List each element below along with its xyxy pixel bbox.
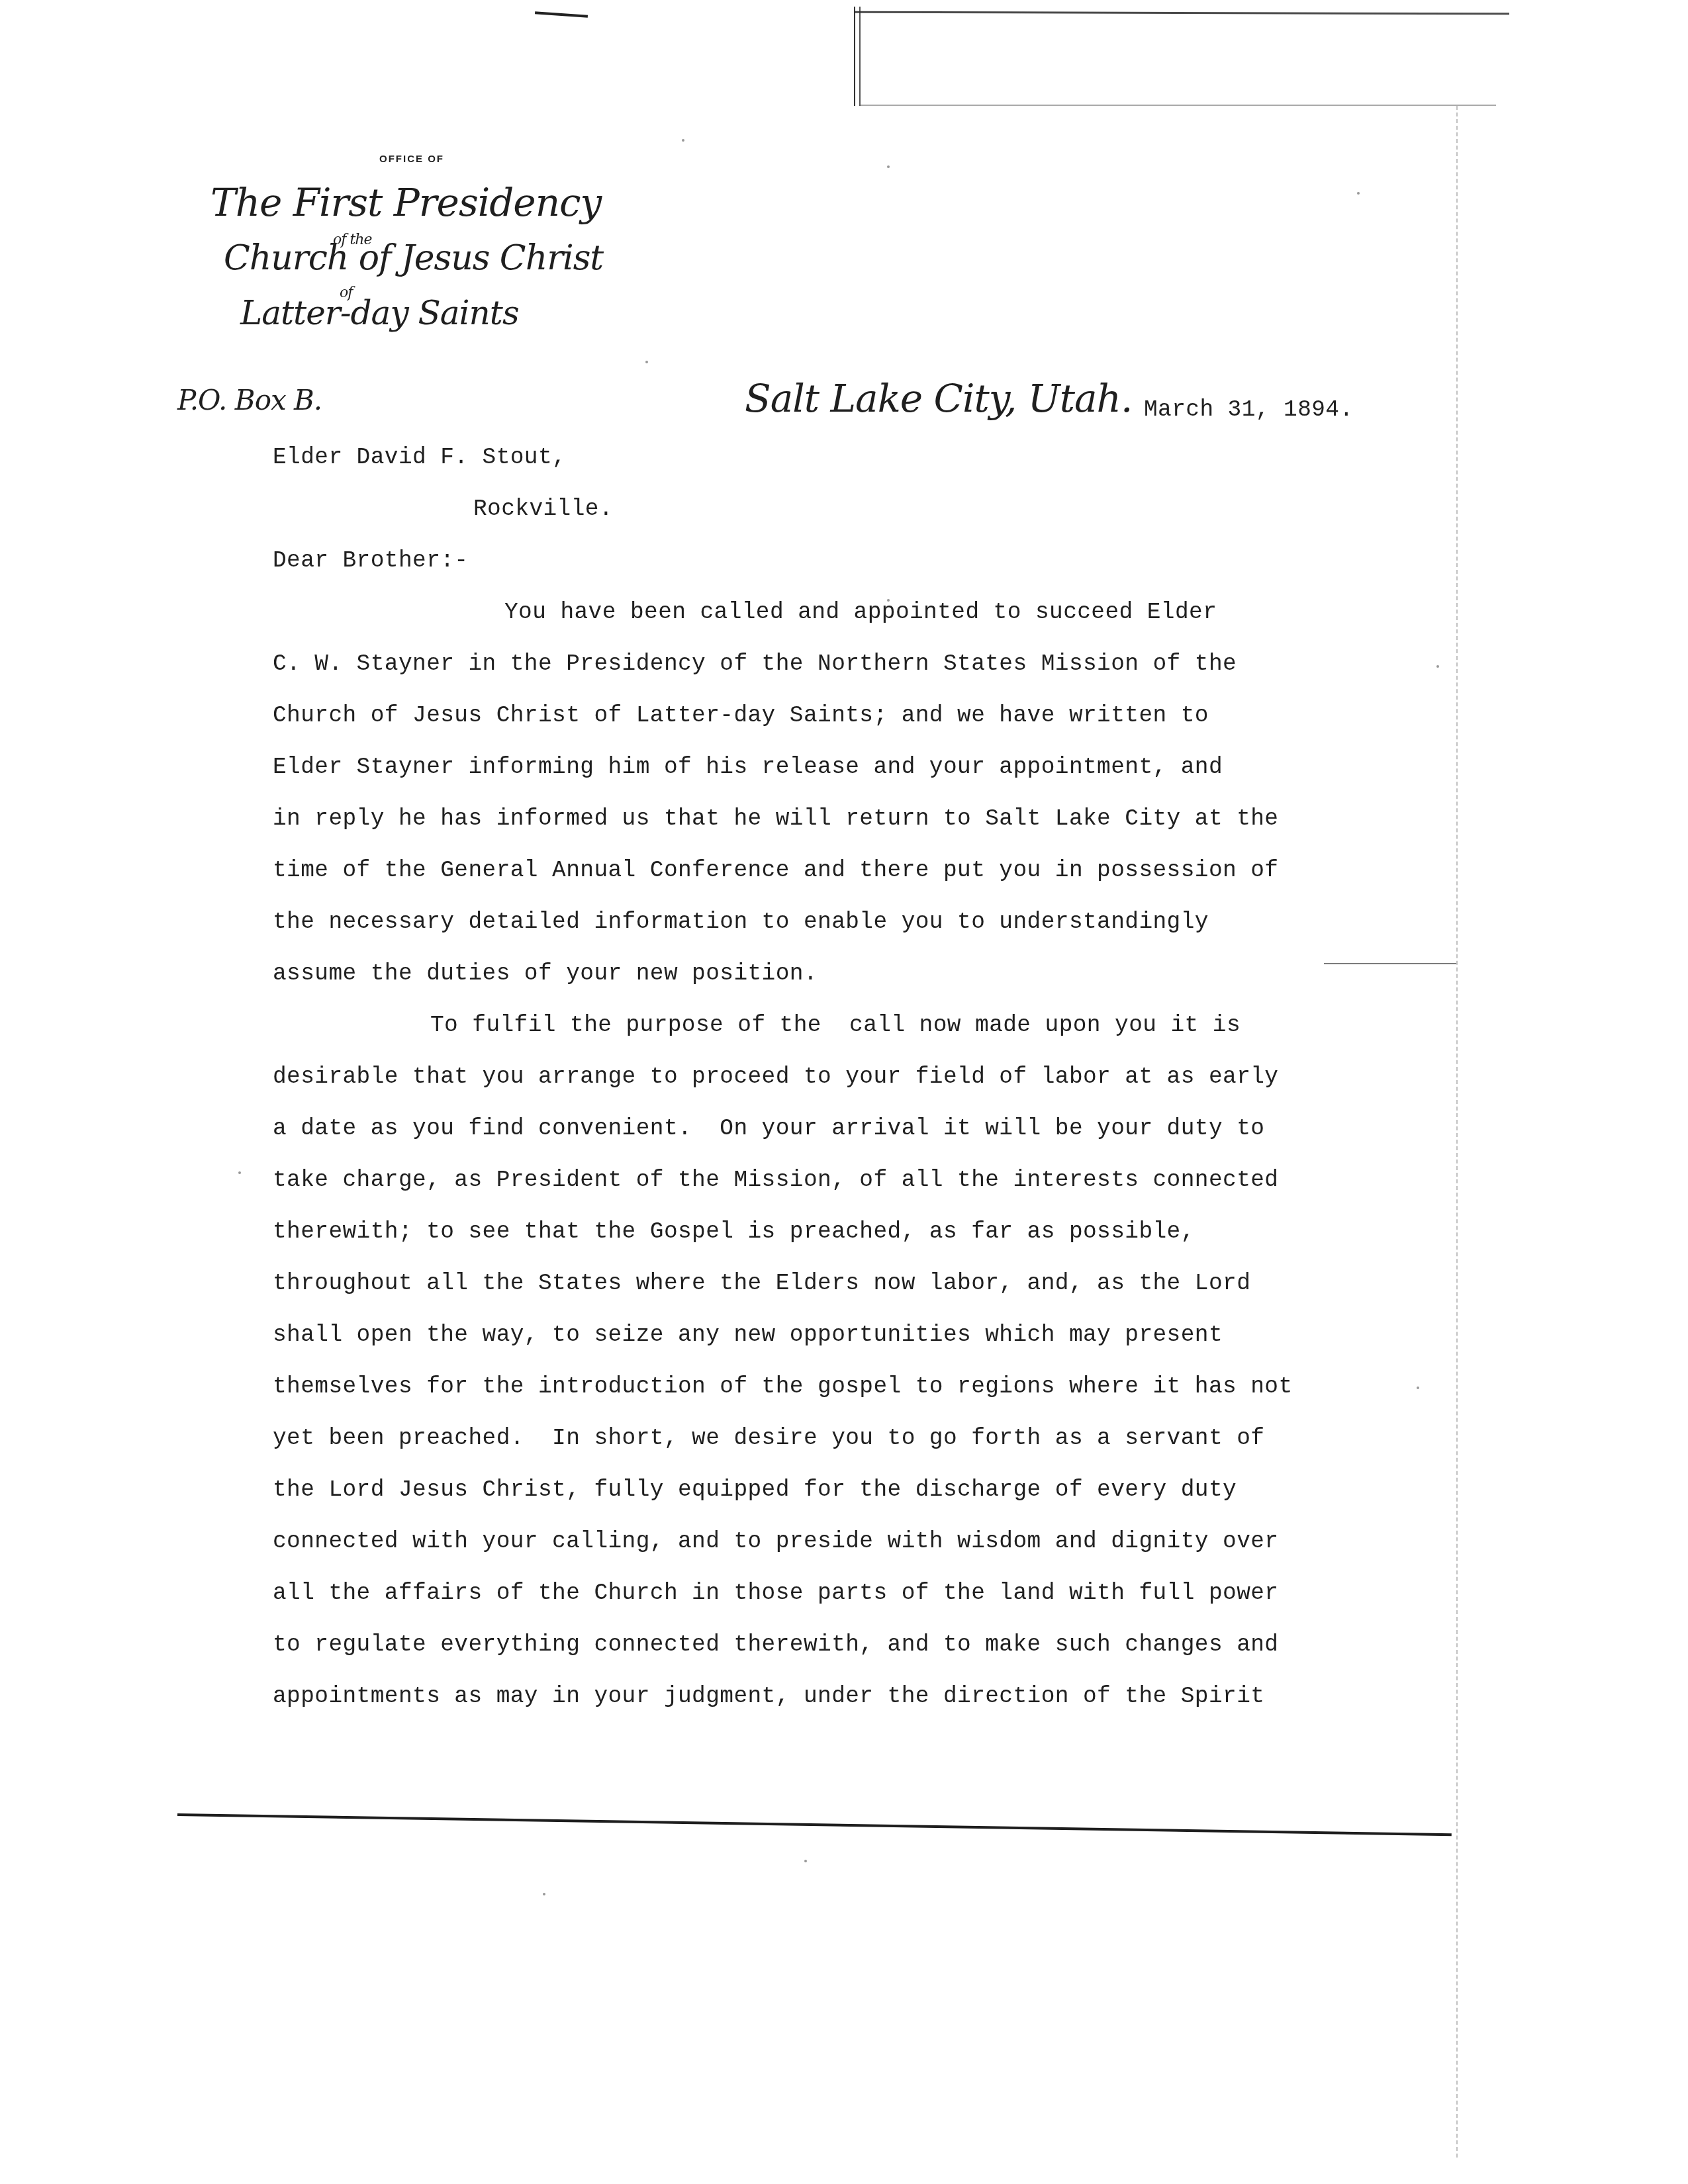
scan-artifact-dash	[535, 11, 588, 18]
scan-speck	[238, 1171, 241, 1174]
scan-speck	[1436, 665, 1439, 668]
city-heading: Salt Lake City, Utah.	[745, 376, 1132, 421]
body-line: all the affairs of the Church in those p…	[273, 1580, 1278, 1606]
po-box: P.O. Box B.	[177, 384, 322, 416]
letterhead-latter-day-saints: Latter-day Saints	[240, 294, 519, 332]
body-line: C. W. Stayner in the Presidency of the N…	[273, 651, 1237, 677]
scan-speck	[1357, 192, 1360, 195]
scan-speck	[804, 1860, 807, 1862]
body-line: therewith; to see that the Gospel is pre…	[273, 1219, 1195, 1245]
body-line: Elder Stayner informing him of his relea…	[273, 754, 1223, 780]
body-line: the necessary detailed information to en…	[273, 909, 1209, 935]
scan-speck	[543, 1893, 545, 1895]
scan-artifact-fold	[854, 7, 861, 106]
scan-artifact-stub-rule	[1324, 963, 1456, 964]
body-line: a date as you find convenient. On your a…	[273, 1116, 1264, 1142]
body-line: assume the duties of your new position.	[273, 961, 818, 987]
letterhead-office-of: OFFICE OF	[379, 154, 444, 165]
recipient-place: Rockville.	[473, 496, 613, 522]
body-line: the Lord Jesus Christ, fully equipped fo…	[273, 1477, 1237, 1503]
body-line: connected with your calling, and to pres…	[273, 1529, 1278, 1555]
recipient-name: Elder David F. Stout,	[273, 445, 566, 471]
scan-speck	[1417, 1387, 1419, 1389]
body-line: time of the General Annual Conference an…	[273, 858, 1278, 884]
body-line: themselves for the introduction of the g…	[273, 1374, 1293, 1400]
scan-speck	[645, 361, 648, 363]
letter-page: OFFICE OF The First Presidency of the Ch…	[0, 0, 1688, 2184]
body-line: yet been preached. In short, we desire y…	[273, 1426, 1264, 1451]
page-bottom-edge	[177, 1813, 1452, 1836]
body-line: to regulate everything connected therewi…	[273, 1632, 1278, 1658]
body-line: You have been called and appointed to su…	[504, 600, 1217, 625]
body-line: in reply he has informed us that he will…	[273, 806, 1278, 832]
letter-date: March 31, 1894.	[1144, 397, 1354, 423]
scan-artifact-top-rule	[854, 11, 1509, 15]
body-line: appointments as may in your judgment, un…	[273, 1684, 1264, 1709]
body-line: desirable that you arrange to proceed to…	[273, 1064, 1278, 1090]
scan-speck	[887, 165, 890, 168]
body-line: shall open the way, to seize any new opp…	[273, 1322, 1223, 1348]
body-line: throughout all the States where the Elde…	[273, 1271, 1250, 1297]
body-line: take charge, as President of the Mission…	[273, 1167, 1278, 1193]
scan-artifact-top-rule-2	[861, 105, 1496, 106]
scan-speck	[682, 139, 684, 142]
body-line: To fulfil the purpose of the call now ma…	[430, 1013, 1241, 1038]
body-line: Church of Jesus Christ of Latter-day Sai…	[273, 703, 1209, 729]
scan-artifact-right-edge	[1456, 106, 1458, 2158]
salutation: Dear Brother:-	[273, 548, 468, 574]
letterhead-first-presidency: The First Presidency	[211, 180, 601, 225]
letterhead-church-name: Church of Jesus Christ	[224, 238, 603, 278]
